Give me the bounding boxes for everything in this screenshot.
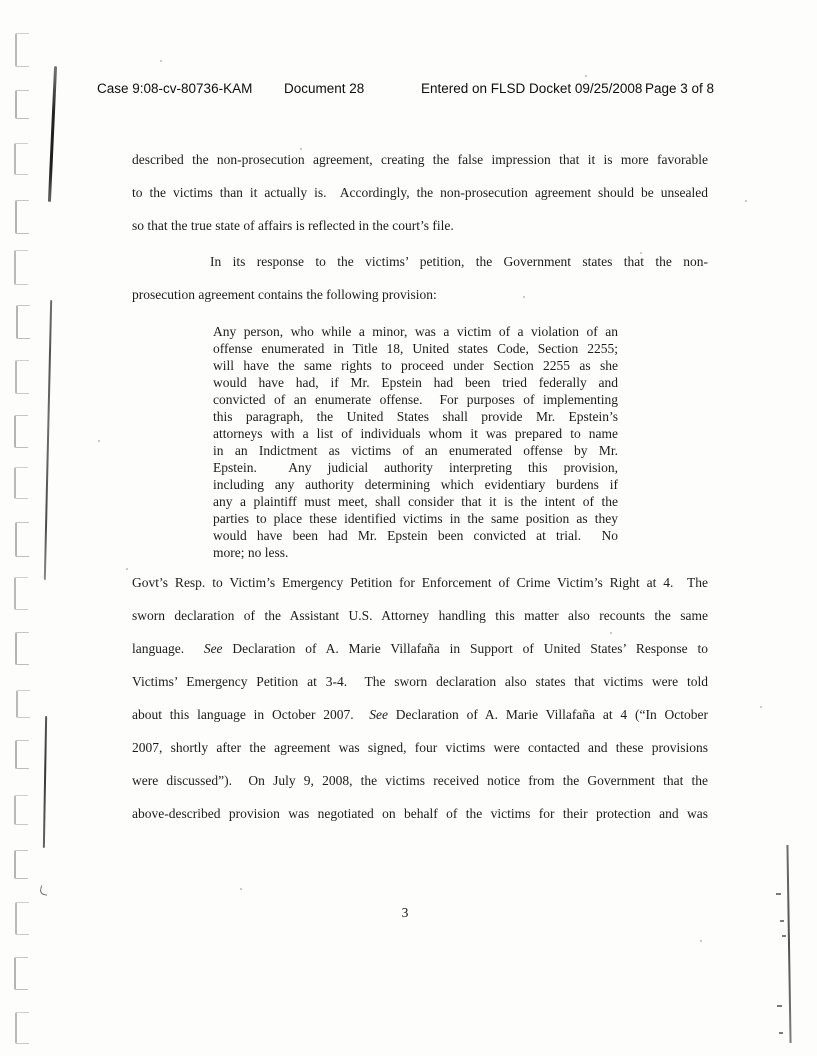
text-line: 2007, shortly after the agreement was si… (132, 731, 708, 764)
text-line: Govt’s Resp. to Victim’s Emergency Petit… (132, 566, 708, 599)
scan-artifact-bracket (14, 850, 28, 879)
text-line: In its response to the victims’ petition… (132, 245, 708, 278)
scan-tick (779, 1032, 783, 1034)
scan-artifact-bracket (15, 740, 29, 769)
scan-artifact-bracket (15, 360, 29, 394)
text-line: convicted of an enumerate offense. For p… (213, 391, 618, 408)
block-quote: Any person, who while a minor, was a vic… (213, 323, 618, 561)
scan-artifact-bracket (14, 577, 28, 610)
scan-tick (777, 1005, 782, 1007)
scanned-court-document-page: Case 9:08-cv-80736-KAM Document 28 Enter… (0, 0, 817, 1056)
scan-artifact-bracket (16, 305, 30, 339)
text-line: parties to place these identified victim… (213, 510, 618, 527)
scan-artifact-bracket (15, 632, 29, 665)
scan-tick (780, 920, 784, 922)
text-line: including any authority determining whic… (213, 476, 618, 493)
scan-artifact-bracket (15, 200, 29, 234)
text-line: more; no less. (213, 544, 618, 561)
scan-artifact-bracket (14, 415, 28, 448)
scan-squiggle (39, 885, 49, 895)
scan-artifact-bracket (14, 250, 28, 285)
scan-edge-line (786, 845, 791, 1043)
document-number: Document 28 (284, 81, 364, 96)
body-paragraph-3: Govt’s Resp. to Victim’s Emergency Petit… (132, 566, 708, 830)
text-line: will have the same rights to proceed und… (213, 357, 618, 374)
scan-artifact-bracket (15, 33, 29, 67)
scan-streak (43, 716, 47, 848)
text-line: any a plaintiff must meet, shall conside… (213, 493, 618, 510)
text-line: Victims’ Emergency Petition at 3-4. The … (132, 665, 708, 698)
text-line: would have been had Mr. Epstein been con… (213, 527, 618, 544)
scan-artifact-bracket (15, 902, 29, 935)
text-line: Any person, who while a minor, was a vic… (213, 323, 618, 340)
text-line: to the victims than it actually is. Acco… (132, 176, 708, 209)
page-number: 3 (389, 905, 421, 921)
text-line: language. See Declaration of A. Marie Vi… (132, 632, 708, 665)
scan-artifact-bracket (14, 795, 28, 825)
text-line: in an Indictment as victims of an enumer… (213, 442, 618, 459)
scan-artifact-bracket (14, 957, 28, 990)
docket-header: Case 9:08-cv-80736-KAM Document 28 Enter… (0, 81, 817, 99)
scan-streak (44, 300, 52, 580)
scan-artifact-bracket (14, 467, 28, 499)
text-line: this paragraph, the United States shall … (213, 408, 618, 425)
text-line: about this language in October 2007. See… (132, 698, 708, 731)
text-line: described the non-prosecution agreement,… (132, 143, 708, 176)
page-indicator: Page 3 of 8 (645, 81, 714, 96)
body-paragraph-2: In its response to the victims’ petition… (132, 245, 708, 311)
case-number: Case 9:08-cv-80736-KAM (97, 81, 252, 96)
text-line: above-described provision was negotiated… (132, 797, 708, 830)
text-line: were discussed”). On July 9, 2008, the v… (132, 764, 708, 797)
scan-artifact-bracket (16, 690, 30, 718)
text-line: attorneys with a list of individuals who… (213, 425, 618, 442)
docket-entry-stamp: Entered on FLSD Docket 09/25/2008 (421, 81, 642, 96)
scan-artifact-bracket (14, 143, 28, 175)
body-paragraph-1: described the non-prosecution agreement,… (132, 143, 708, 242)
scan-tick (776, 893, 781, 895)
text-line: would have had, if Mr. Epstein had been … (213, 374, 618, 391)
scan-artifact-bracket (15, 522, 29, 557)
scan-tick (782, 935, 786, 937)
text-line: offense enumerated in Title 18, United s… (213, 340, 618, 357)
text-line: prosecution agreement contains the follo… (132, 278, 708, 311)
text-line: sworn declaration of the Assistant U.S. … (132, 599, 708, 632)
text-line: Epstein. Any judicial authority interpre… (213, 459, 618, 476)
scan-artifact-bracket (15, 1012, 29, 1044)
text-line: so that the true state of affairs is ref… (132, 209, 708, 242)
